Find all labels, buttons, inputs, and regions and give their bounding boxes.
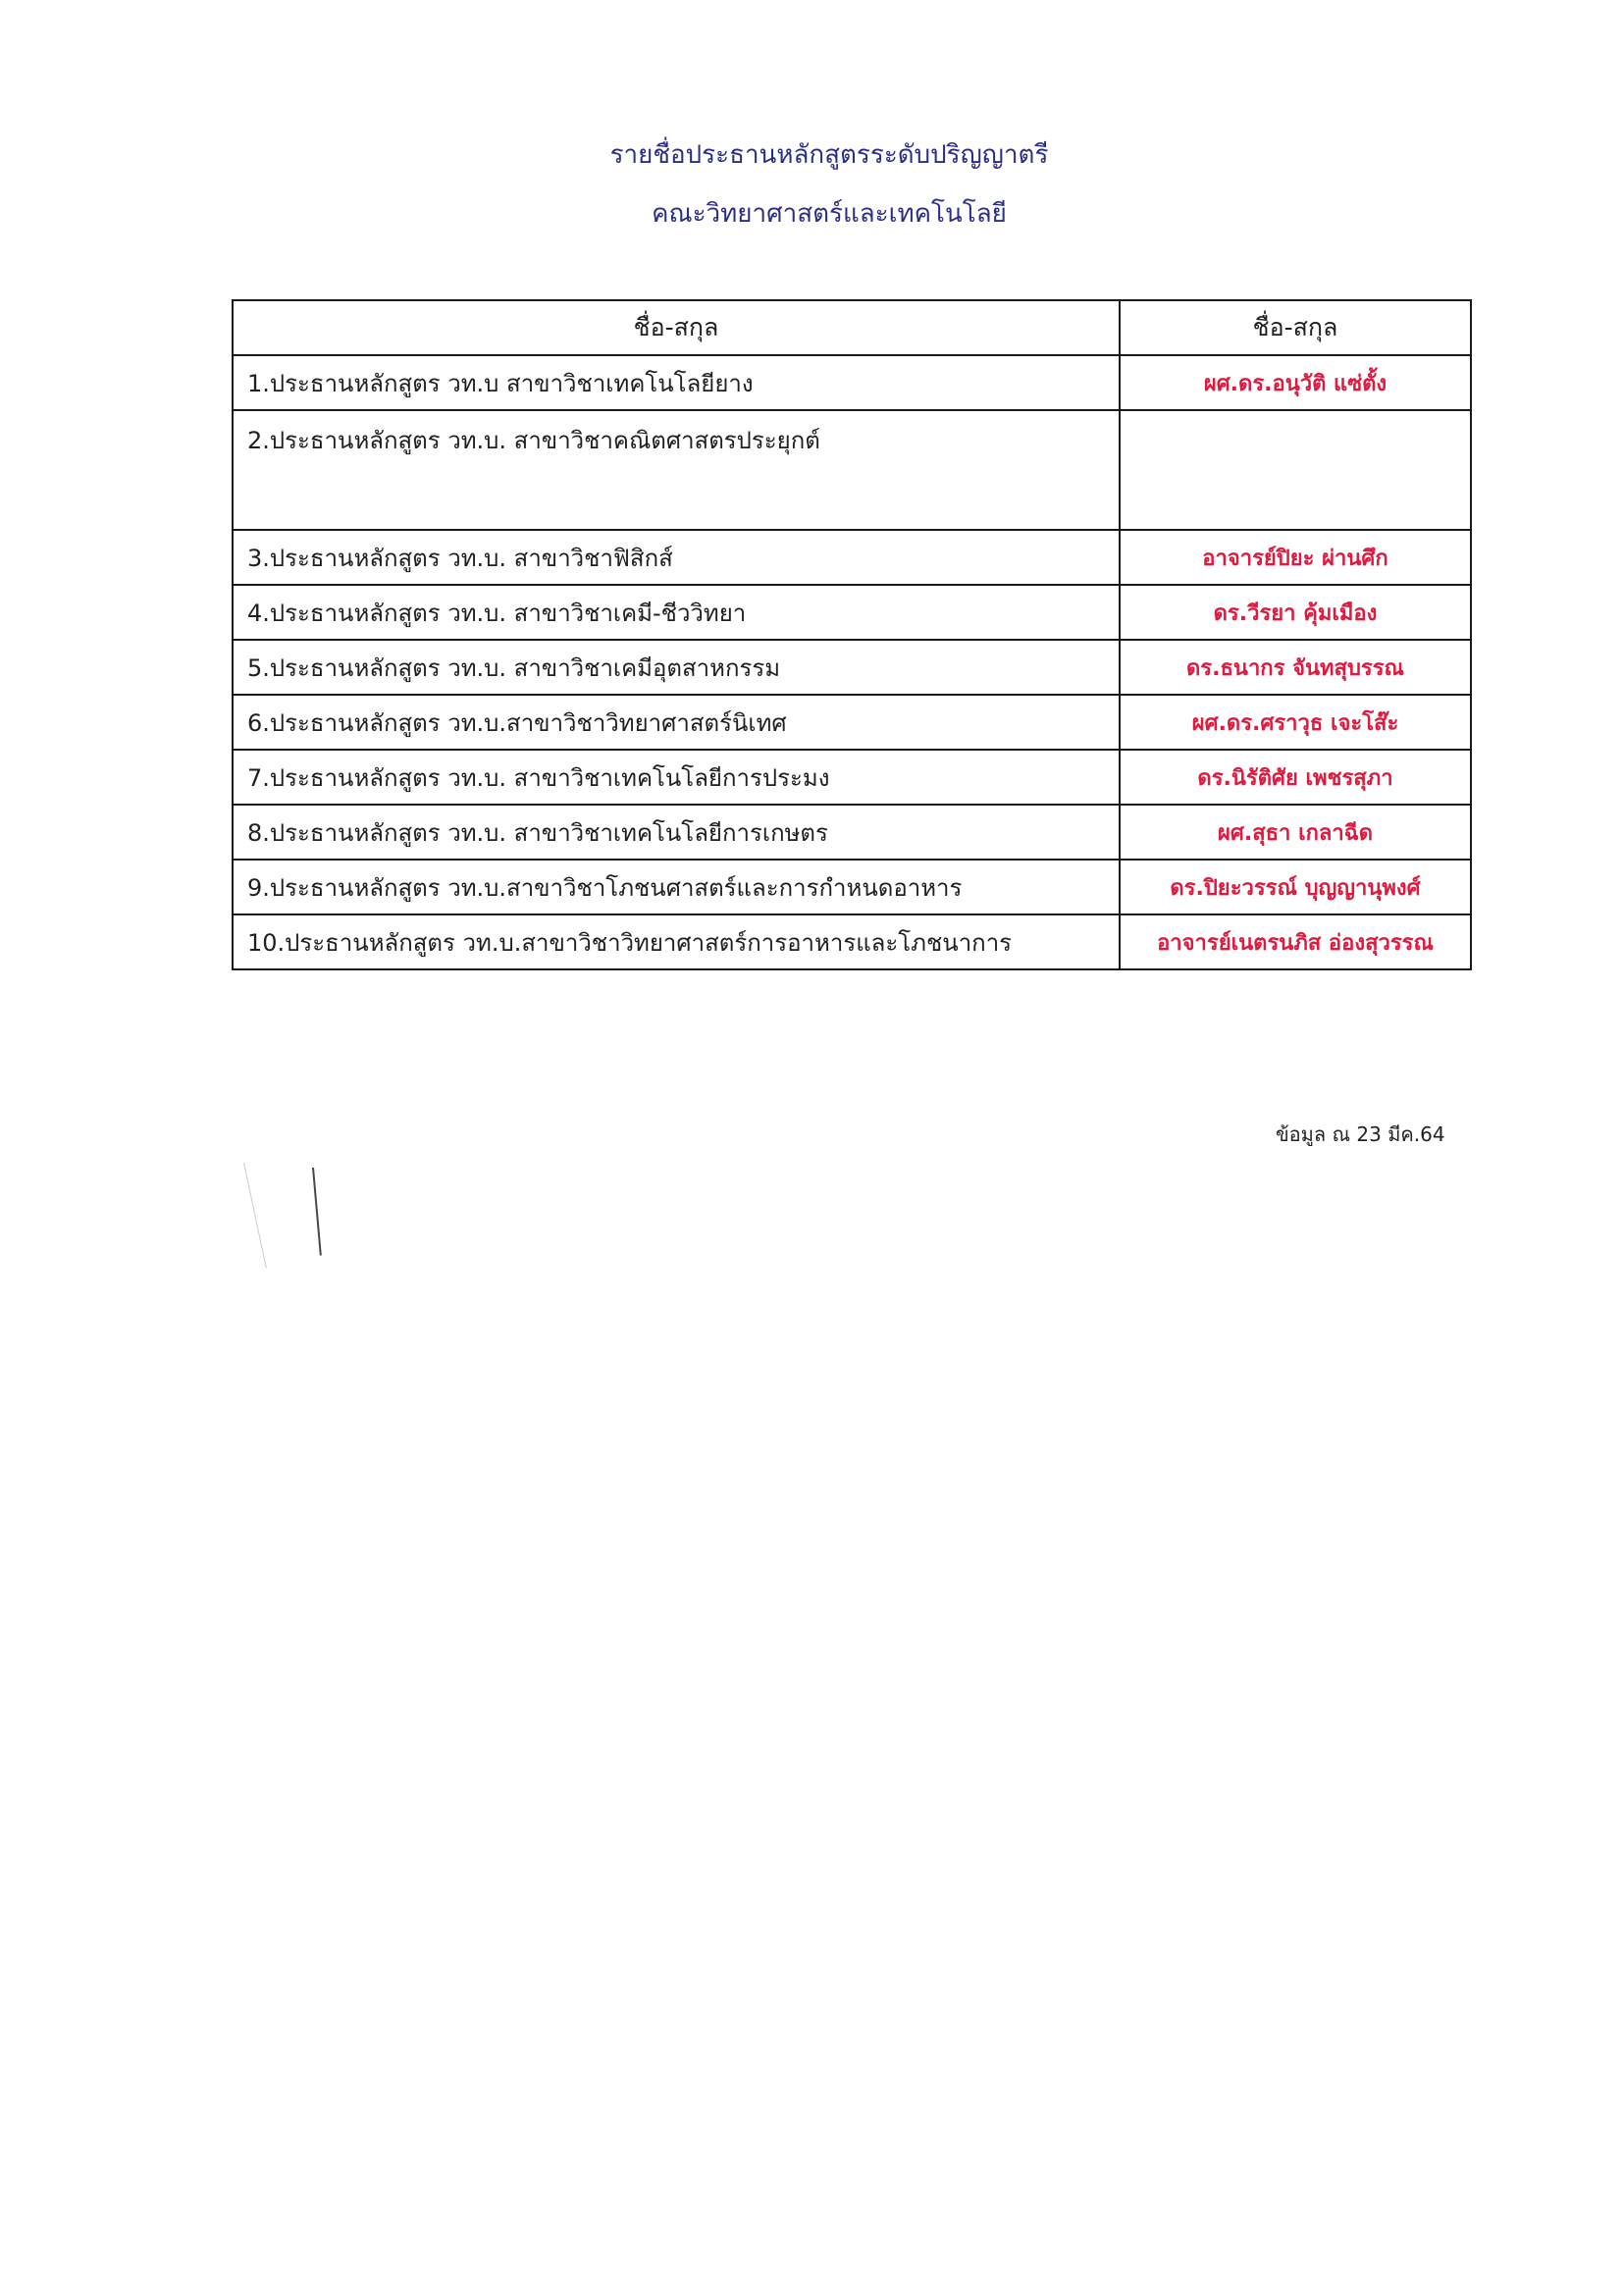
chair-name-cell: ผศ.ดร.อนุวัติ แซ่ตั้ง: [1120, 355, 1471, 410]
document-title: รายชื่อประธานหลักสูตรระดับปริญญาตรี: [18, 135, 1623, 175]
program-cell: 5.ประธานหลักสูตร วท.บ. สาขาวิชาเคมีอุตสา…: [233, 640, 1120, 695]
data-as-of-note: ข้อมูล ณ 23 มีค.64: [1276, 1119, 1445, 1150]
table-row: 2.ประธานหลักสูตร วท.บ. สาขาวิชาคณิตศาสตร…: [233, 410, 1471, 530]
chair-name-cell: อาจารย์ปิยะ ผ่านศึก: [1120, 530, 1471, 585]
table-row: 8.ประธานหลักสูตร วท.บ. สาขาวิชาเทคโนโลยี…: [233, 805, 1471, 860]
header-chair: ชื่อ-สกุล: [1120, 300, 1471, 355]
program-chairs-table: ชื่อ-สกุล ชื่อ-สกุล 1.ประธานหลักสูตร วท.…: [232, 299, 1472, 970]
table-row: 10.ประธานหลักสูตร วท.บ.สาขาวิชาวิทยาศาสต…: [233, 914, 1471, 969]
table-row: 1.ประธานหลักสูตร วท.บ สาขาวิชาเทคโนโลยีย…: [233, 355, 1471, 410]
program-cell: 4.ประธานหลักสูตร วท.บ. สาขาวิชาเคมี-ชีวว…: [233, 585, 1120, 640]
scan-artifact-mark: [243, 1163, 267, 1269]
program-cell: 6.ประธานหลักสูตร วท.บ.สาขาวิชาวิทยาศาสตร…: [233, 695, 1120, 750]
chair-name-cell: ดร.นิรัติศัย เพชรสุภา: [1120, 750, 1471, 805]
chair-name-cell: [1120, 410, 1471, 530]
program-cell: 1.ประธานหลักสูตร วท.บ สาขาวิชาเทคโนโลยีย…: [233, 355, 1120, 410]
table-row: 5.ประธานหลักสูตร วท.บ. สาขาวิชาเคมีอุตสา…: [233, 640, 1471, 695]
table-row: 7.ประธานหลักสูตร วท.บ. สาขาวิชาเทคโนโลยี…: [233, 750, 1471, 805]
program-cell: 10.ประธานหลักสูตร วท.บ.สาขาวิชาวิทยาศาสต…: [233, 914, 1120, 969]
program-cell: 3.ประธานหลักสูตร วท.บ. สาขาวิชาฟิสิกส์: [233, 530, 1120, 585]
program-cell: 2.ประธานหลักสูตร วท.บ. สาขาวิชาคณิตศาสตร…: [233, 410, 1120, 530]
chair-name-cell: ผศ.สุธา เกลาฉีด: [1120, 805, 1471, 860]
chair-name-cell: ผศ.ดร.ศราวุธ เจะโส๊ะ: [1120, 695, 1471, 750]
table-row: 3.ประธานหลักสูตร วท.บ. สาขาวิชาฟิสิกส์ อ…: [233, 530, 1471, 585]
table-header-row: ชื่อ-สกุล ชื่อ-สกุล: [233, 300, 1471, 355]
program-cell: 7.ประธานหลักสูตร วท.บ. สาขาวิชาเทคโนโลยี…: [233, 750, 1120, 805]
program-cell: 9.ประธานหลักสูตร วท.บ.สาขาวิชาโภชนศาสตร์…: [233, 860, 1120, 914]
table-row: 9.ประธานหลักสูตร วท.บ.สาขาวิชาโภชนศาสตร์…: [233, 860, 1471, 914]
table-row: 6.ประธานหลักสูตร วท.บ.สาขาวิชาวิทยาศาสตร…: [233, 695, 1471, 750]
scan-artifact-mark: [312, 1168, 322, 1256]
program-cell: 8.ประธานหลักสูตร วท.บ. สาขาวิชาเทคโนโลยี…: [233, 805, 1120, 860]
header-program: ชื่อ-สกุล: [233, 300, 1120, 355]
faculty-subtitle: คณะวิทยาศาสตร์และเทคโนโลยี: [18, 194, 1623, 234]
table-row: 4.ประธานหลักสูตร วท.บ. สาขาวิชาเคมี-ชีวว…: [233, 585, 1471, 640]
chair-name-cell: อาจารย์เนตรนภิส อ่องสุวรรณ: [1120, 914, 1471, 969]
chair-name-cell: ดร.วีรยา คุ้มเมือง: [1120, 585, 1471, 640]
chair-name-cell: ดร.ธนากร จันทสุบรรณ: [1120, 640, 1471, 695]
chair-name-cell: ดร.ปิยะวรรณ์ บุญญานุพงศ์: [1120, 860, 1471, 914]
